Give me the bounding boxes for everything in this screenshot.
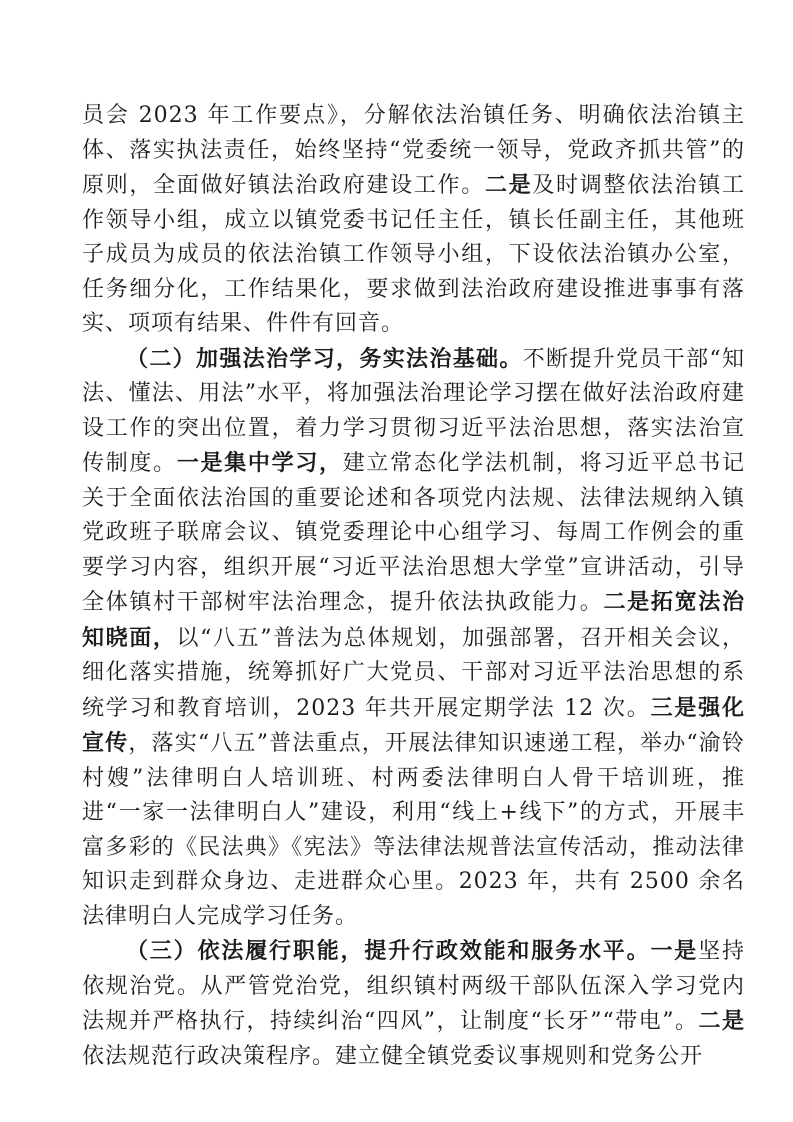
bold-text-run: 二是 (485, 172, 532, 198)
paragraph: 员会 2023 年工作要点》，分解依法治镇任务、明确依法治镇主体、落实执法责任，… (82, 99, 745, 342)
text-run: ，落实“八五”普法重点，开展法律知识速递工程，举办“渝铃村嫂”法律明白人培训班、… (82, 731, 745, 929)
text-run: 以“八五”普法为总体规划，加强部署，召开相关会议，细化落实措施，统筹抓好广大党员… (82, 626, 745, 721)
bold-text-run: （二）加强法治学习，务实法治基础。 (126, 346, 523, 372)
bold-text-run: 一是集中学习， (177, 450, 343, 476)
paragraph: （三）依法履行职能，提升行政效能和服务水平。一是坚持依规治党。从严管党治党，组织… (82, 934, 745, 1074)
paragraph: （二）加强法治学习，务实法治基础。不断提升党员干部“知法、懂法、用法”水平，将加… (82, 342, 745, 935)
document-body: 员会 2023 年工作要点》，分解依法治镇任务、明确依法治镇主体、落实执法责任，… (82, 99, 745, 1074)
document-page: 员会 2023 年工作要点》，分解依法治镇任务、明确依法治镇主体、落实执法责任，… (0, 0, 793, 1122)
bold-text-run: 二是 (698, 1008, 745, 1034)
bold-text-run: （三）依法履行职能，提升行政效能和服务水平。一是 (126, 938, 698, 964)
text-run: 依法规范行政决策程序。建立健全镇党委议事规则和党务公开 (82, 1044, 703, 1069)
